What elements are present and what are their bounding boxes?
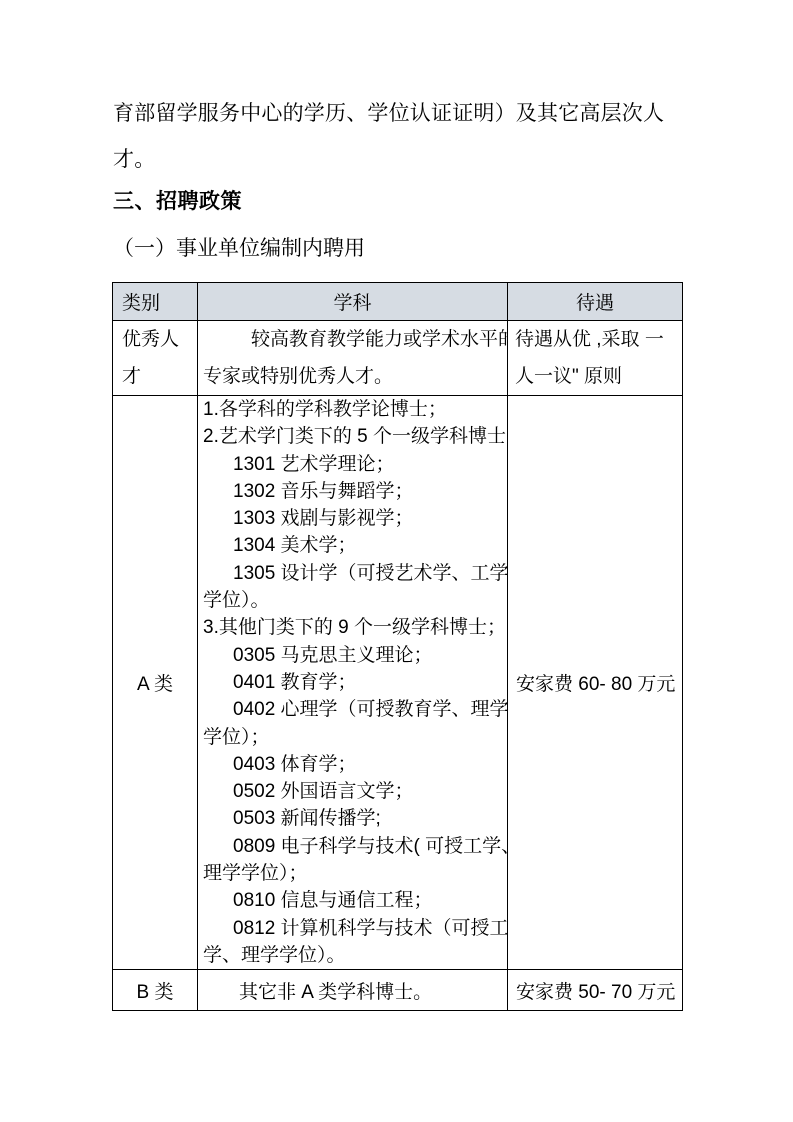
table-header-row: 类别 学科 待遇 <box>113 283 683 321</box>
treatment-cell: 安家费 50- 70 万元 <box>508 970 683 1011</box>
subject-line: 1.各学科的学科教学论博士； <box>203 396 502 423</box>
subject-line: 3.其他门类下的 9 个一级学科博士； <box>203 614 502 641</box>
treatment-cell: 安家费 60- 80 万元 <box>508 396 683 970</box>
treatment-cell: 待遇从优 ,采取 一 人一议" 原则 <box>508 321 683 396</box>
subject-line: 1305 设计学（可授艺术学、工学 <box>203 560 502 587</box>
subsection-heading: （一）事业单位编制内聘用 <box>113 236 365 261</box>
body-paragraph-line: 育部留学服务中心的学历、学位认证证明）及其它高层次人 <box>113 101 688 126</box>
treatment-line: 安家费 60- 80 万元 <box>516 669 675 696</box>
subject-line: 0305 马克思主义理论； <box>203 642 502 669</box>
table-row-class-b: B 类 其它非 A 类学科博士。 安家费 50- 70 万元 <box>113 970 683 1011</box>
subject-line: 理学学位）； <box>203 860 502 887</box>
column-header-category: 类别 <box>113 283 198 321</box>
subject-line: 其它非 A 类学科博士。 <box>203 977 502 1004</box>
subject-line: 0503 新闻传播学; <box>203 805 502 832</box>
subject-line: 0403 体育学； <box>203 751 502 778</box>
subject-line: 0810 信息与通信工程； <box>203 887 502 914</box>
column-header-subject: 学科 <box>198 283 508 321</box>
treatment-line: 待遇从优 ,采取 一 <box>515 321 675 358</box>
treatment-line: 安家费 50- 70 万元 <box>516 977 675 1004</box>
category-line: 优秀人 <box>122 321 197 358</box>
subject-line: 学位）。 <box>203 587 502 614</box>
subject-lines: 1.各学科的学科教学论博士； 2.艺术学门类下的 5 个一级学科博士； 1301… <box>203 396 502 969</box>
subject-line: 1304 美术学； <box>203 532 502 559</box>
subject-line: 学、理学学位）。 <box>203 942 502 969</box>
subject-cell: 其它非 A 类学科博士。 <box>198 970 508 1011</box>
subject-line: 0401 教育学； <box>203 669 502 696</box>
subject-line: 1302 音乐与舞蹈学； <box>203 478 502 505</box>
subject-line: 学位）； <box>203 724 502 751</box>
body-paragraph-line: 才。 <box>113 147 688 172</box>
subject-line: 2.艺术学门类下的 5 个一级学科博士； <box>203 423 502 450</box>
category-cell: 优秀人 才 <box>113 321 198 396</box>
subject-cell: 较高教育教学能力或学术水平的 专家或特别优秀人才。 <box>198 321 508 396</box>
column-header-treatment: 待遇 <box>508 283 683 321</box>
category-line: 才 <box>122 358 197 395</box>
subject-line: 0812 计算机科学与技术（可授工 <box>203 915 502 942</box>
table-row-class-a: A 类 1.各学科的学科教学论博士； 2.艺术学门类下的 5 个一级学科博士； … <box>113 396 683 970</box>
category-cell: B 类 <box>113 970 198 1011</box>
subject-cell: 1.各学科的学科教学论博士； 2.艺术学门类下的 5 个一级学科博士； 1301… <box>198 396 508 970</box>
subject-line: 0402 心理学（可授教育学、理学 <box>203 696 502 723</box>
subject-line: 1301 艺术学理论； <box>203 451 502 478</box>
subject-line: 0502 外国语言文学； <box>203 778 502 805</box>
table-row-excellent-talent: 优秀人 才 较高教育教学能力或学术水平的 专家或特别优秀人才。 待遇从优 ,采取… <box>113 321 683 396</box>
subject-line: 1303 戏剧与影视学； <box>203 505 502 532</box>
subject-line: 较高教育教学能力或学术水平的 <box>203 321 502 358</box>
section-heading: 三、招聘政策 <box>113 189 242 214</box>
treatment-line: 人一议" 原则 <box>515 358 675 395</box>
subject-line: 专家或特别优秀人才。 <box>203 358 502 395</box>
category-cell: A 类 <box>113 396 198 970</box>
subject-line: 0809 电子科学与技术( 可授工学、 <box>203 833 502 860</box>
document-page: 育部留学服务中心的学历、学位认证证明）及其它高层次人 才。 三、招聘政策 （一）… <box>0 0 793 1122</box>
recruitment-policy-table: 类别 学科 待遇 优秀人 才 较高教育教学能力或学术水平的 专家或特别优秀人才。… <box>112 282 683 1011</box>
